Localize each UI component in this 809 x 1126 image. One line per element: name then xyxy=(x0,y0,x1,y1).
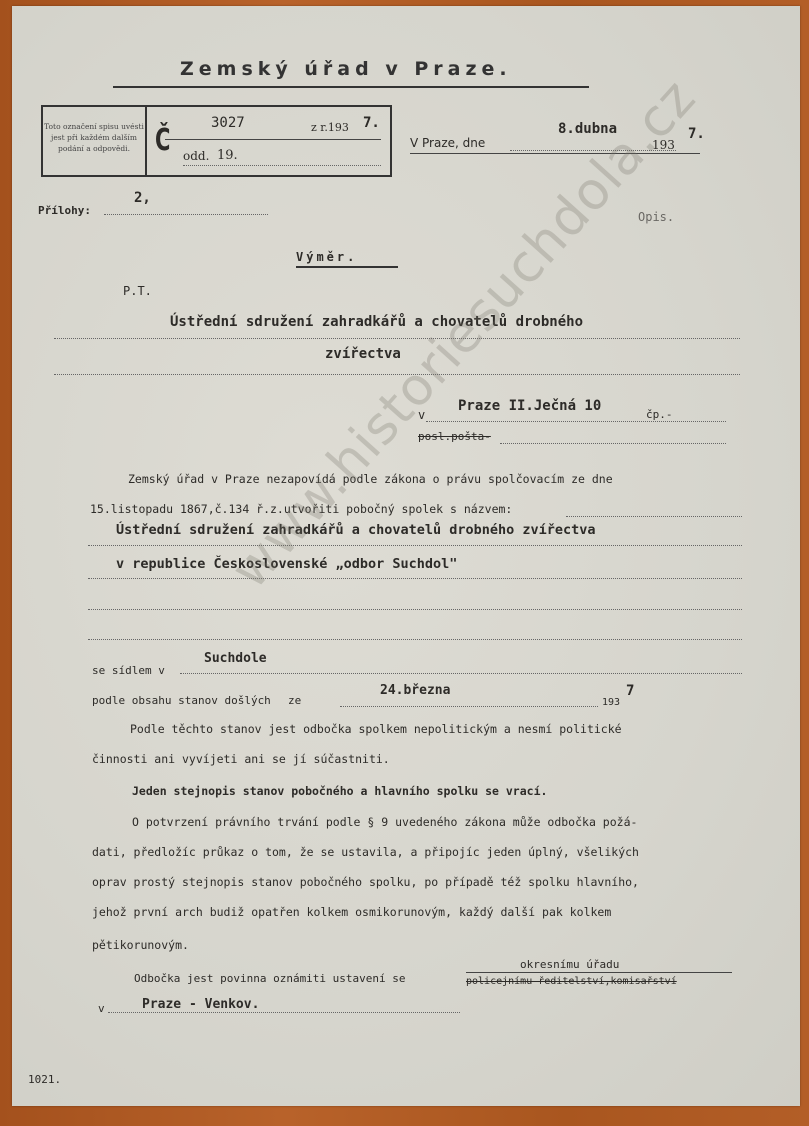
para5-insert-rule xyxy=(466,972,732,973)
para2-line-1: Podle těchto stanov jest odbočka spolkem… xyxy=(130,722,622,736)
addressee-rule-1 xyxy=(54,338,740,339)
document-heading: Výměr. xyxy=(296,250,357,264)
ref-year-prefix: z r.193 xyxy=(311,121,349,134)
statutes-year-suffix: 7 xyxy=(626,683,634,699)
statutes-date: 24.března xyxy=(380,683,450,698)
addressee-line-2: zvířectva xyxy=(325,346,401,362)
address-cp: čp.- xyxy=(646,408,673,421)
post-rule xyxy=(500,443,726,444)
issue-year-suffix: 7. xyxy=(688,126,705,142)
para4-line-2: dati, předložíc průkaz o tom, že se usta… xyxy=(92,845,639,859)
statutes-rule xyxy=(340,706,598,707)
seat-value: Suchdole xyxy=(204,651,267,666)
para5-text: Odbočka jest povinna oznámiti ustavení s… xyxy=(134,972,406,985)
blank-rule-1 xyxy=(88,609,742,610)
para4-line-4: jehož první arch budiž opatřen kolkem os… xyxy=(92,905,611,919)
post-label: posl.pošta- xyxy=(418,430,491,443)
para4-line-5: pětikorunovým. xyxy=(92,938,189,952)
para4-line-1: O potvrzení právního trvání podle § 9 uv… xyxy=(132,815,637,829)
title-underline xyxy=(113,86,589,88)
ref-number: 3027 xyxy=(211,115,245,131)
address-rule xyxy=(426,421,726,422)
para4-line-3: oprav prostý stejnopis stanov pobočného … xyxy=(92,875,639,889)
dept-rule xyxy=(183,165,381,166)
attachments-line xyxy=(104,214,268,215)
para5-place-prefix: v xyxy=(98,1002,105,1015)
ref-rule xyxy=(165,139,381,140)
ref-letter: Č xyxy=(155,113,170,169)
seat-label: se sídlem v xyxy=(92,664,165,677)
salutation: P.T. xyxy=(123,284,152,298)
copy-mark: Opis. xyxy=(638,210,674,224)
society-rule-1 xyxy=(88,545,742,546)
addressee-line-1: Ústřední sdružení zahradkářů a chovatelů… xyxy=(170,314,583,330)
blank-rule-2 xyxy=(88,639,742,640)
society-name-line-1: Ústřední sdružení zahradkářů a chovatelů… xyxy=(116,522,596,538)
heading-underline xyxy=(296,266,398,268)
ref-dept-label: odd. xyxy=(183,149,209,163)
seat-rule xyxy=(180,673,742,674)
office-title: Zemský úřad v Praze. xyxy=(180,58,512,80)
ref-year-suffix: 7. xyxy=(363,115,380,131)
para5-struck: policejnímu ředitelství,komisařství xyxy=(466,976,677,987)
para5-insert: okresnímu úřadu xyxy=(520,958,619,971)
statutes-label: podle obsahu stanov došlých xyxy=(92,694,271,707)
stamp-note: Toto označení spisu uvésti jest při každ… xyxy=(43,107,147,175)
para2-line-2: činnosti ani vyvíjeti ani se jí súčastni… xyxy=(92,752,390,766)
para3: Jeden stejnopis stanov pobočného a hlavn… xyxy=(132,784,547,798)
para5-place-rule xyxy=(108,1012,460,1013)
statutes-label-suffix: ze xyxy=(288,694,301,707)
para1-rule xyxy=(566,516,742,517)
address-value: Praze II.Ječná 10 xyxy=(458,398,601,414)
attachments-value: 2, xyxy=(134,190,151,206)
place-date-label: V Praze, dne xyxy=(410,136,485,150)
reference-stamp-box: Toto označení spisu uvésti jest při každ… xyxy=(41,105,392,177)
para5-place: Praze - Venkov. xyxy=(142,997,259,1012)
attachments-label: Přílohy: xyxy=(38,204,91,217)
society-rule-2 xyxy=(88,578,742,579)
statutes-year-prefix: 193 xyxy=(602,697,620,708)
ref-dept: 19. xyxy=(217,148,238,163)
form-number: 1021. xyxy=(28,1073,61,1086)
